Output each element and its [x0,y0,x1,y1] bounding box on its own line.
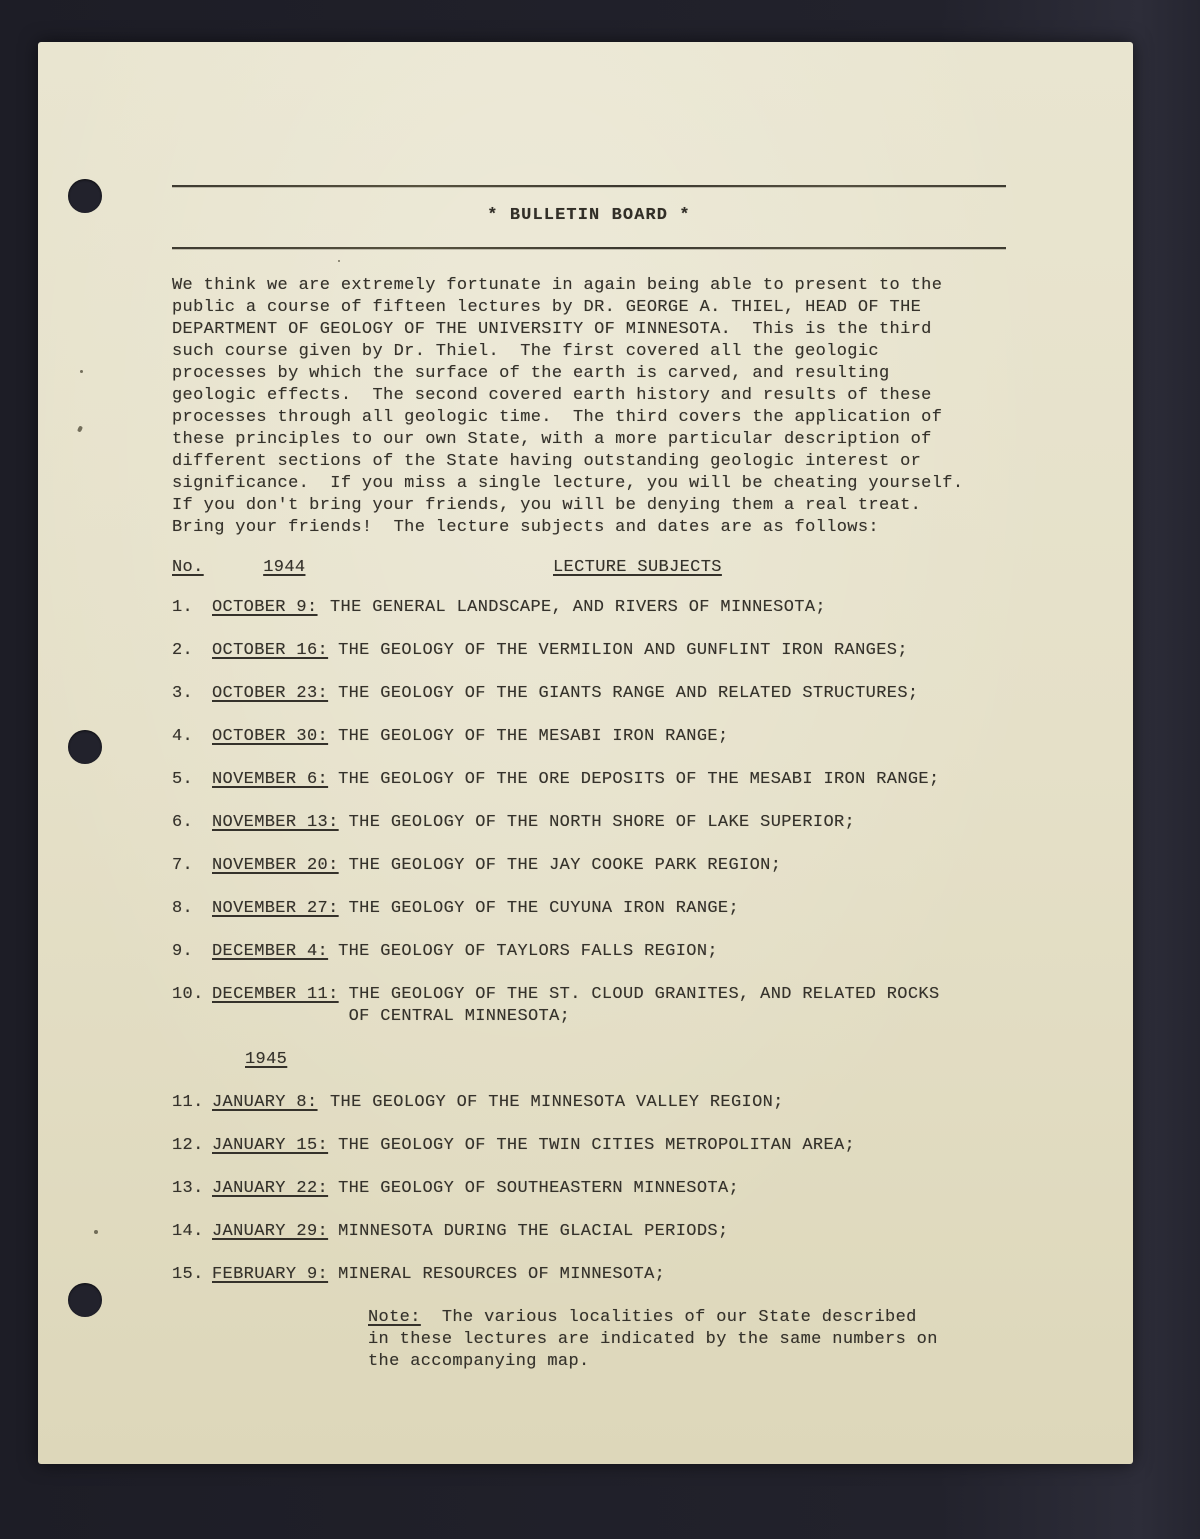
lecture-date: JANUARY 29: [212,1221,328,1243]
lecture-date: OCTOBER 30: [212,726,328,748]
lecture-table-header: No. 1944 LECTURE SUBJECTS [172,557,1073,579]
lecture-number: 13. [172,1178,212,1200]
lecture-subject: THE GEOLOGY OF SOUTHEASTERN MINNESOTA; [338,1178,739,1200]
footnote-label: Note: [368,1308,421,1327]
lecture-number: 3. [172,683,212,705]
column-header-year-1944: 1944 [263,557,305,579]
lecture-number: 5. [172,769,212,791]
document-page: * BULLETIN BOARD * We think we are extre… [38,42,1133,1464]
lecture-number: 11. [172,1092,212,1114]
lecture-row: 11. JANUARY 8: THE GEOLOGY OF THE MINNES… [172,1092,1073,1114]
lecture-number: 2. [172,640,212,662]
typewritten-content: * BULLETIN BOARD * We think we are extre… [38,42,1133,1373]
lecture-date: NOVEMBER 6: [212,769,328,791]
lecture-subject: THE GEOLOGY OF THE ORE DEPOSITS OF THE M… [338,769,939,791]
year-1945-heading: 1945 [245,1049,1073,1071]
lecture-row: 2. OCTOBER 16: THE GEOLOGY OF THE VERMIL… [172,640,1073,662]
lecture-date: NOVEMBER 20: [212,855,339,877]
lecture-number: 12. [172,1135,212,1157]
lecture-date: JANUARY 22: [212,1178,328,1200]
lecture-row: 7. NOVEMBER 20: THE GEOLOGY OF THE JAY C… [172,855,1073,877]
lecture-number: 7. [172,855,212,877]
lecture-row: 4. OCTOBER 30: THE GEOLOGY OF THE MESABI… [172,726,1073,748]
lecture-date: OCTOBER 23: [212,683,328,705]
lecture-subject: MINERAL RESOURCES OF MINNESOTA; [338,1264,665,1286]
lecture-number: 8. [172,898,212,920]
lecture-number: 1. [172,597,212,619]
lecture-subject: THE GEOLOGY OF THE MINNESOTA VALLEY REGI… [330,1092,784,1114]
lecture-number: 14. [172,1221,212,1243]
lecture-subject: THE GEOLOGY OF THE TWIN CITIES METROPOLI… [338,1135,855,1157]
lecture-date: JANUARY 8: [212,1092,320,1114]
lecture-number: 10. [172,984,212,1006]
lecture-date: NOVEMBER 27: [212,898,339,920]
lecture-number: 4. [172,726,212,748]
column-header-no: No. [172,557,204,579]
lecture-date: OCTOBER 16: [212,640,328,662]
lecture-subject: THE GEOLOGY OF TAYLORS FALLS REGION; [338,941,718,963]
lecture-number: 15. [172,1264,212,1286]
lecture-subject: THE GENERAL LANDSCAPE, AND RIVERS OF MIN… [330,597,826,619]
lecture-row: 5. NOVEMBER 6: THE GEOLOGY OF THE ORE DE… [172,769,1073,791]
horizontal-rule-bottom [172,247,1006,249]
lecture-subject: THE GEOLOGY OF THE GIANTS RANGE AND RELA… [338,683,918,705]
lecture-subject: MINNESOTA DURING THE GLACIAL PERIODS; [338,1221,728,1243]
lecture-number: 9. [172,941,212,963]
lecture-subject: THE GEOLOGY OF THE JAY COOKE PARK REGION… [349,855,782,877]
lecture-row: 9. DECEMBER 4: THE GEOLOGY OF TAYLORS FA… [172,941,1073,963]
lecture-number: 6. [172,812,212,834]
lecture-date: DECEMBER 4: [212,941,328,963]
lecture-row: 1. OCTOBER 9: THE GENERAL LANDSCAPE, AND… [172,597,1073,619]
lecture-date: OCTOBER 9: [212,597,320,619]
lecture-row: 6. NOVEMBER 13: THE GEOLOGY OF THE NORTH… [172,812,1073,834]
lecture-row: 13. JANUARY 22: THE GEOLOGY OF SOUTHEAST… [172,1178,1073,1200]
lecture-date: NOVEMBER 13: [212,812,339,834]
horizontal-rule-top [172,185,1006,187]
lecture-row: 8. NOVEMBER 27: THE GEOLOGY OF THE CUYUN… [172,898,1073,920]
footnote-text: The various localities of our State desc… [368,1308,938,1371]
lecture-list: 1. OCTOBER 9: THE GENERAL LANDSCAPE, AND… [172,597,1073,1286]
lecture-row: 3. OCTOBER 23: THE GEOLOGY OF THE GIANTS… [172,683,1073,705]
masthead: * BULLETIN BOARD * [172,185,1006,249]
page-title: * BULLETIN BOARD * [172,205,1006,227]
lecture-date: FEBRUARY 9: [212,1264,328,1286]
lecture-row: 14. JANUARY 29: MINNESOTA DURING THE GLA… [172,1221,1073,1243]
footnote: Note: The various localities of our Stat… [368,1307,968,1373]
lecture-date: JANUARY 15: [212,1135,328,1157]
lecture-subject: THE GEOLOGY OF THE VERMILION AND GUNFLIN… [338,640,908,662]
lecture-row: 12. JANUARY 15: THE GEOLOGY OF THE TWIN … [172,1135,1073,1157]
intro-paragraph: We think we are extremely fortunate in a… [172,275,1073,539]
lecture-subject: THE GEOLOGY OF THE NORTH SHORE OF LAKE S… [349,812,855,834]
lecture-subject: THE GEOLOGY OF THE ST. CLOUD GRANITES, A… [349,984,940,1028]
lecture-date: DECEMBER 11: [212,984,339,1006]
lecture-subject: THE GEOLOGY OF THE CUYUNA IRON RANGE; [349,898,739,920]
lecture-row: 10. DECEMBER 11: THE GEOLOGY OF THE ST. … [172,984,1073,1028]
column-header-subjects: LECTURE SUBJECTS [553,557,722,579]
lecture-row: 15. FEBRUARY 9: MINERAL RESOURCES OF MIN… [172,1264,1073,1286]
lecture-subject: THE GEOLOGY OF THE MESABI IRON RANGE; [338,726,728,748]
